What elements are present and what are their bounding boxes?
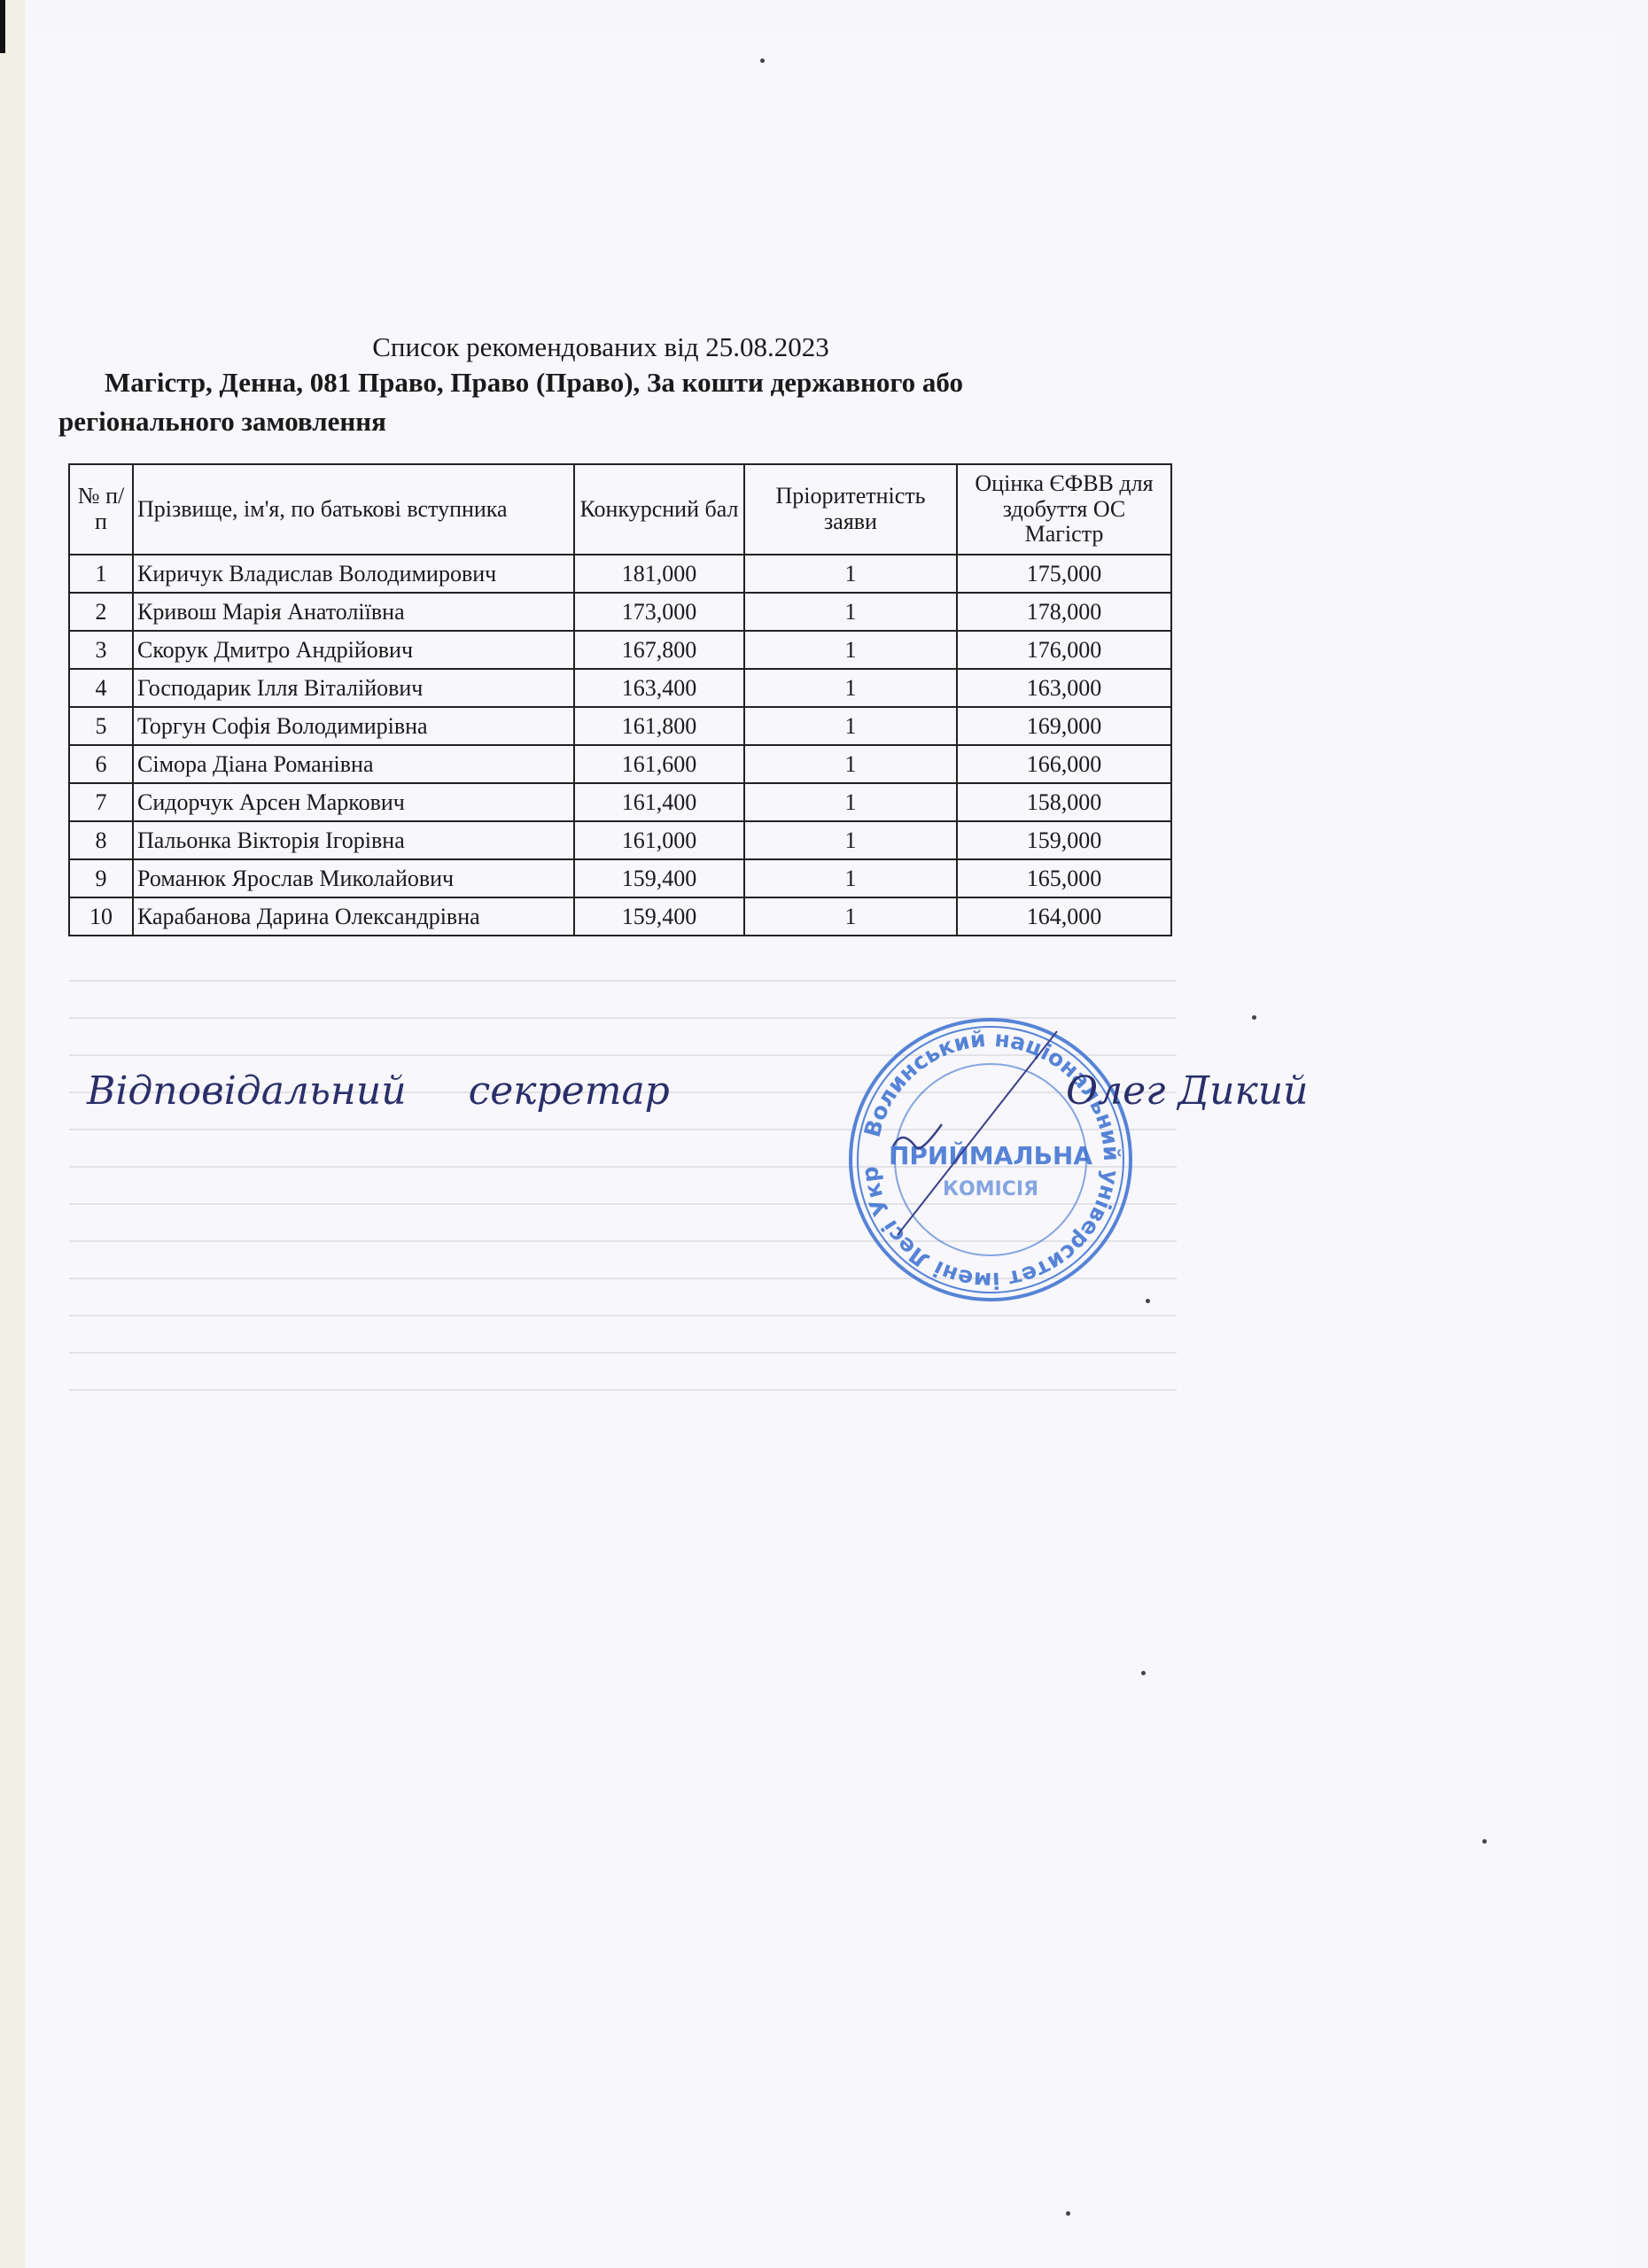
cell-score: 163,400 [574, 669, 744, 707]
cell-efvv: 169,000 [957, 707, 1171, 745]
header-score: Конкурсний бал [574, 464, 744, 555]
cell-num: 9 [69, 859, 133, 897]
recommended-list-table: № п/п Прізвище, ім'я, по батькові вступн… [68, 463, 1172, 936]
cell-name: Киричук Владислав Володимирович [133, 555, 574, 593]
signature-role-word2: секретар [469, 1068, 670, 1114]
cell-efvv: 165,000 [957, 859, 1171, 897]
cell-efvv: 164,000 [957, 897, 1171, 936]
table-row: 3Скорук Дмитро Андрійович167,8001176,000 [69, 631, 1171, 669]
cell-efvv: 175,000 [957, 555, 1171, 593]
scan-speck [760, 58, 765, 63]
cell-name: Пальонка Вікторія Ігорівна [133, 821, 574, 859]
scan-corner [0, 0, 5, 53]
table-row: 9Романюк Ярослав Миколайович159,4001165,… [69, 859, 1171, 897]
scan-speck [1066, 2211, 1070, 2216]
header-priority: Пріоритетність заяви [744, 464, 957, 555]
cell-efvv: 178,000 [957, 593, 1171, 631]
table-header-row: № п/п Прізвище, ім'я, по батькові вступн… [69, 464, 1171, 555]
cell-priority: 1 [744, 707, 957, 745]
header-name: Прізвище, ім'я, по батькові вступника [133, 464, 574, 555]
table-row: 8Пальонка Вікторія Ігорівна161,0001159,0… [69, 821, 1171, 859]
cell-name: Скорук Дмитро Андрійович [133, 631, 574, 669]
table-row: 2Кривош Марія Анатоліївна173,0001178,000 [69, 593, 1171, 631]
cell-name: Сидорчук Арсен Маркович [133, 783, 574, 821]
scan-speck [1482, 1839, 1487, 1844]
signature-role-word1: Відповідальний [87, 1068, 407, 1114]
cell-num: 6 [69, 745, 133, 783]
cell-name: Карабанова Дарина Олександрівна [133, 897, 574, 936]
document-subtitle: Магістр, Денна, 081 Право, Право (Право)… [105, 367, 963, 399]
cell-num: 5 [69, 707, 133, 745]
cell-num: 10 [69, 897, 133, 936]
cell-efvv: 176,000 [957, 631, 1171, 669]
cell-score: 159,400 [574, 897, 744, 936]
cell-priority: 1 [744, 783, 957, 821]
table-row: 6Сімора Діана Романівна161,6001166,000 [69, 745, 1171, 783]
table-row: 1Киричук Владислав Володимирович181,0001… [69, 555, 1171, 593]
cell-score: 167,800 [574, 631, 744, 669]
table-row: 4Господарик Ілля Віталійович163,4001163,… [69, 669, 1171, 707]
cell-name: Романюк Ярослав Миколайович [133, 859, 574, 897]
svg-text:КОМІСІЯ: КОМІСІЯ [943, 1178, 1038, 1200]
document-page: Список рекомендованих від 25.08.2023 Маг… [25, 32, 1611, 2268]
cell-priority: 1 [744, 821, 957, 859]
svg-text:ПРИЙМАЛЬНА: ПРИЙМАЛЬНА [889, 1140, 1092, 1170]
cell-priority: 1 [744, 669, 957, 707]
cell-efvv: 158,000 [957, 783, 1171, 821]
cell-score: 161,600 [574, 745, 744, 783]
cell-score: 161,800 [574, 707, 744, 745]
cell-score: 161,400 [574, 783, 744, 821]
cell-name: Господарик Ілля Віталійович [133, 669, 574, 707]
cell-name: Торгун Софія Володимирівна [133, 707, 574, 745]
cell-priority: 1 [744, 593, 957, 631]
table-row: 7Сидорчук Арсен Маркович161,4001158,000 [69, 783, 1171, 821]
cell-num: 4 [69, 669, 133, 707]
header-efvv: Оцінка ЄФВВ для здобуття ОС Магістр [957, 464, 1171, 555]
stamp-icon: Волинський національний університет імен… [844, 1014, 1137, 1306]
scan-edge [0, 0, 25, 2268]
cell-score: 181,000 [574, 555, 744, 593]
cell-name: Сімора Діана Романівна [133, 745, 574, 783]
scan-speck [1252, 1015, 1256, 1020]
header-num: № п/п [69, 464, 133, 555]
cell-efvv: 166,000 [957, 745, 1171, 783]
cell-efvv: 159,000 [957, 821, 1171, 859]
cell-num: 1 [69, 555, 133, 593]
signature-role: Відповідальнийсекретар [87, 1068, 670, 1114]
document-title: Список рекомендованих від 25.08.2023 [25, 331, 1177, 363]
cell-score: 161,000 [574, 821, 744, 859]
cell-num: 8 [69, 821, 133, 859]
cell-num: 2 [69, 593, 133, 631]
scan-speck [1141, 1671, 1146, 1675]
cell-priority: 1 [744, 631, 957, 669]
table-row: 5Торгун Софія Володимирівна161,8001169,0… [69, 707, 1171, 745]
cell-efvv: 163,000 [957, 669, 1171, 707]
scan-speck [1146, 1299, 1150, 1303]
cell-priority: 1 [744, 555, 957, 593]
table-row: 10Карабанова Дарина Олександрівна159,400… [69, 897, 1171, 936]
cell-priority: 1 [744, 859, 957, 897]
cell-priority: 1 [744, 745, 957, 783]
cell-priority: 1 [744, 897, 957, 936]
document-subtitle-cont: регіонального замовлення [58, 406, 386, 438]
cell-num: 7 [69, 783, 133, 821]
cell-num: 3 [69, 631, 133, 669]
cell-score: 173,000 [574, 593, 744, 631]
cell-score: 159,400 [574, 859, 744, 897]
cell-name: Кривош Марія Анатоліївна [133, 593, 574, 631]
signature-name: Олег Дикий [1066, 1068, 1308, 1114]
